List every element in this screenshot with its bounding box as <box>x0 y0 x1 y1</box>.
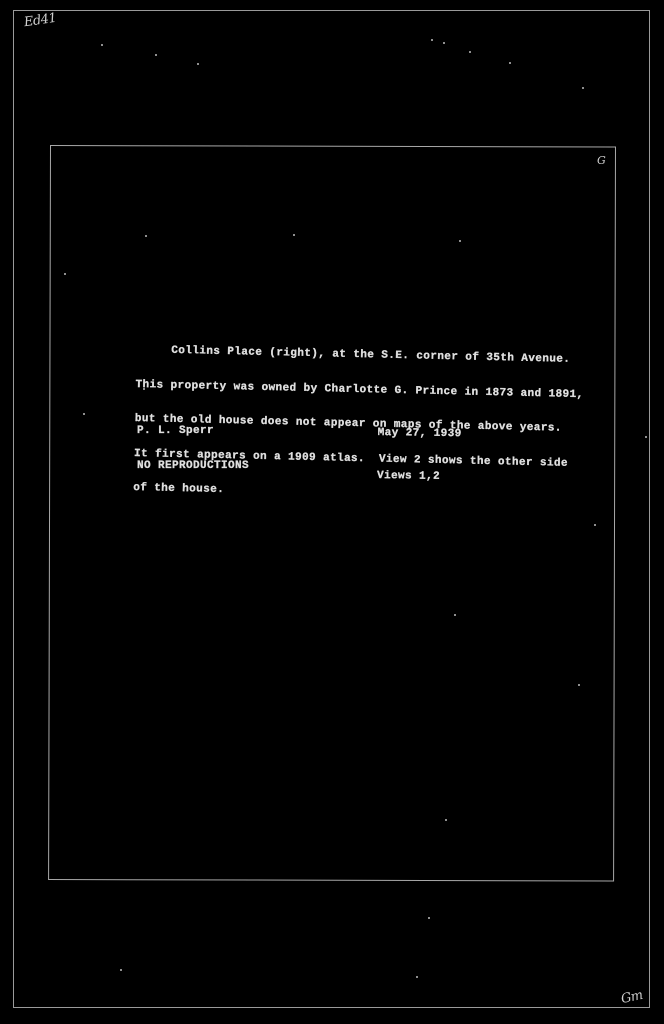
scan-speck <box>155 54 157 56</box>
scan-speck <box>582 87 584 89</box>
scan-speck <box>416 976 418 978</box>
date-block: May 27, 1939 Views 1,2 <box>377 405 462 495</box>
scan-speck <box>645 436 647 438</box>
scan-speck <box>64 273 66 275</box>
scan-speck <box>509 62 511 64</box>
scan-speck <box>145 235 147 237</box>
scan-speck <box>101 44 103 46</box>
caption-line: of the house. <box>133 483 581 505</box>
scan-speck <box>445 819 447 821</box>
scan-speck <box>459 240 461 242</box>
photographer-name: P. L. Sperr <box>137 426 249 438</box>
view-numbers: Views 1,2 <box>377 470 461 483</box>
scan-speck <box>120 969 122 971</box>
photo-credit: P. L. Sperr NO REPRODUCTIONS <box>137 403 249 484</box>
caption-line: This property was owned by Charlotte G. … <box>135 379 583 401</box>
scan-speck <box>469 51 471 53</box>
scan-speck <box>197 63 199 65</box>
scan-speck <box>594 524 596 526</box>
scan-speck <box>431 39 433 41</box>
caption-line: Collins Place (right), at the S.E. corne… <box>136 345 584 367</box>
scan-speck <box>428 917 430 919</box>
photo-date: May 27, 1939 <box>378 428 462 441</box>
scan-speck <box>143 388 145 390</box>
reproduction-notice: NO REPRODUCTIONS <box>137 461 249 473</box>
scan-speck <box>443 42 445 44</box>
scan-speck <box>83 413 85 415</box>
scan-speck <box>293 234 295 236</box>
scan-speck <box>454 614 456 616</box>
handwritten-corner-mark: G <box>597 154 605 167</box>
scan-speck <box>578 684 580 686</box>
